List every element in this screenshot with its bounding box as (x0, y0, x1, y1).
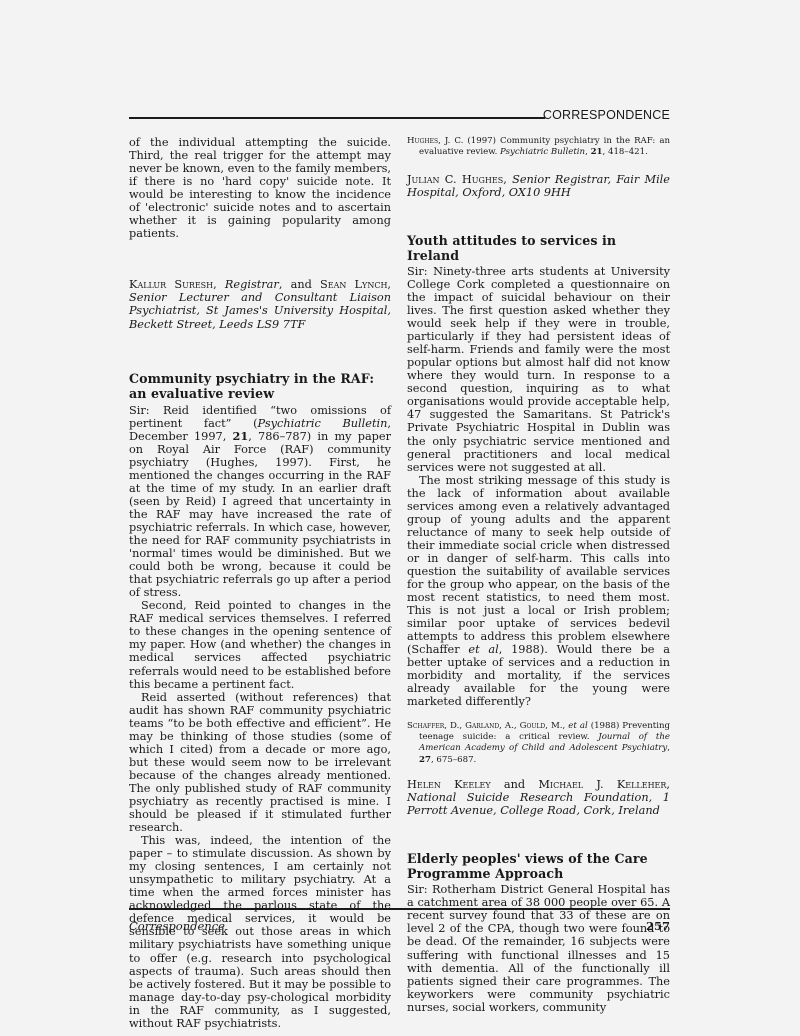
footer-section: Correspondence (129, 919, 225, 933)
text: , 675–687. (431, 755, 476, 765)
text: , 418–421. (603, 147, 648, 157)
article-paragraph: Sir: Ninety-three arts students at Unive… (407, 265, 670, 474)
left-column: of the individual attempting the suicide… (129, 136, 391, 1030)
journal-page: CORRESPONDENCE of the individual attempt… (0, 0, 800, 1036)
footer-rule (129, 908, 670, 910)
journal-name: Psychiatric Bulletin (500, 147, 585, 157)
volume-number: 21 (591, 147, 603, 157)
author-affiliation: Senior Lecturer and Consultant Liaison P… (129, 291, 391, 330)
text-et-al: et al (468, 643, 498, 656)
signature-suresh-lynch: Kallur Suresh, Registrar, and Sean Lynch… (129, 278, 391, 330)
signature-hughes: Julian C. Hughes, Senior Registrar, Fair… (407, 173, 670, 199)
article-title-raf: Community psychiatry in the RAF: an eval… (129, 371, 391, 401)
article-paragraph: Sir: Rotherham District General Hospital… (407, 883, 670, 1013)
article-paragraph: Reid asserted (without references) that … (129, 691, 391, 835)
text-et-al: et al (568, 721, 587, 731)
header-rule (129, 117, 545, 119)
reference-hughes: Hughes, J. C. (1997) Community psychiatr… (407, 136, 670, 159)
volume-number: 27 (419, 755, 431, 765)
author-name: Julian C. Hughes (407, 173, 503, 186)
article-title-youth: Youth attitudes to services in Ireland (407, 233, 670, 263)
reference-author: Hughes (407, 136, 438, 146)
section-title: CORRESPONDENCE (543, 108, 670, 122)
reference-schaffer: Schaffer, D., Garland, A., Gould, M., et… (407, 721, 670, 767)
continuation-paragraph: of the individual attempting the suicide… (129, 136, 391, 240)
right-column: Hughes, J. C. (1997) Community psychiatr… (407, 136, 670, 1014)
author-role: Registrar (225, 278, 279, 291)
author-name: Sean Lynch (320, 278, 387, 291)
text: , (667, 743, 670, 753)
journal-name: Psychiatric Bulletin (258, 417, 388, 430)
conjunction: and (291, 278, 312, 291)
text: The most striking message of this study … (407, 474, 670, 657)
page-number: 257 (640, 919, 670, 933)
article-title-elderly: Elderly peoples' views of the Care Progr… (407, 851, 670, 881)
article-paragraph: Second, Reid pointed to changes in the R… (129, 599, 391, 690)
author-name: Michael J. Kelleher (538, 778, 666, 791)
article-paragraph: The most striking message of this study … (407, 474, 670, 709)
author-affiliation: National Suicide Research Foundation, 1 … (407, 791, 670, 817)
article-paragraph: Sir: Reid identified “two omissions of p… (129, 404, 391, 600)
signature-keeley-kelleher: Helen Keeley and Michael J. Kelleher, Na… (407, 778, 670, 817)
author-name: Helen Keeley (407, 778, 491, 791)
volume-number: 21 (233, 429, 249, 443)
text: , 786–787) in my paper on Royal Air Forc… (129, 430, 391, 600)
reference-author: Schaffer, D., Garland, A., Gould, M., (407, 721, 568, 731)
conjunction: and (504, 778, 525, 791)
running-header: CORRESPONDENCE (129, 107, 670, 127)
author-name: Kallur Suresh (129, 278, 213, 291)
